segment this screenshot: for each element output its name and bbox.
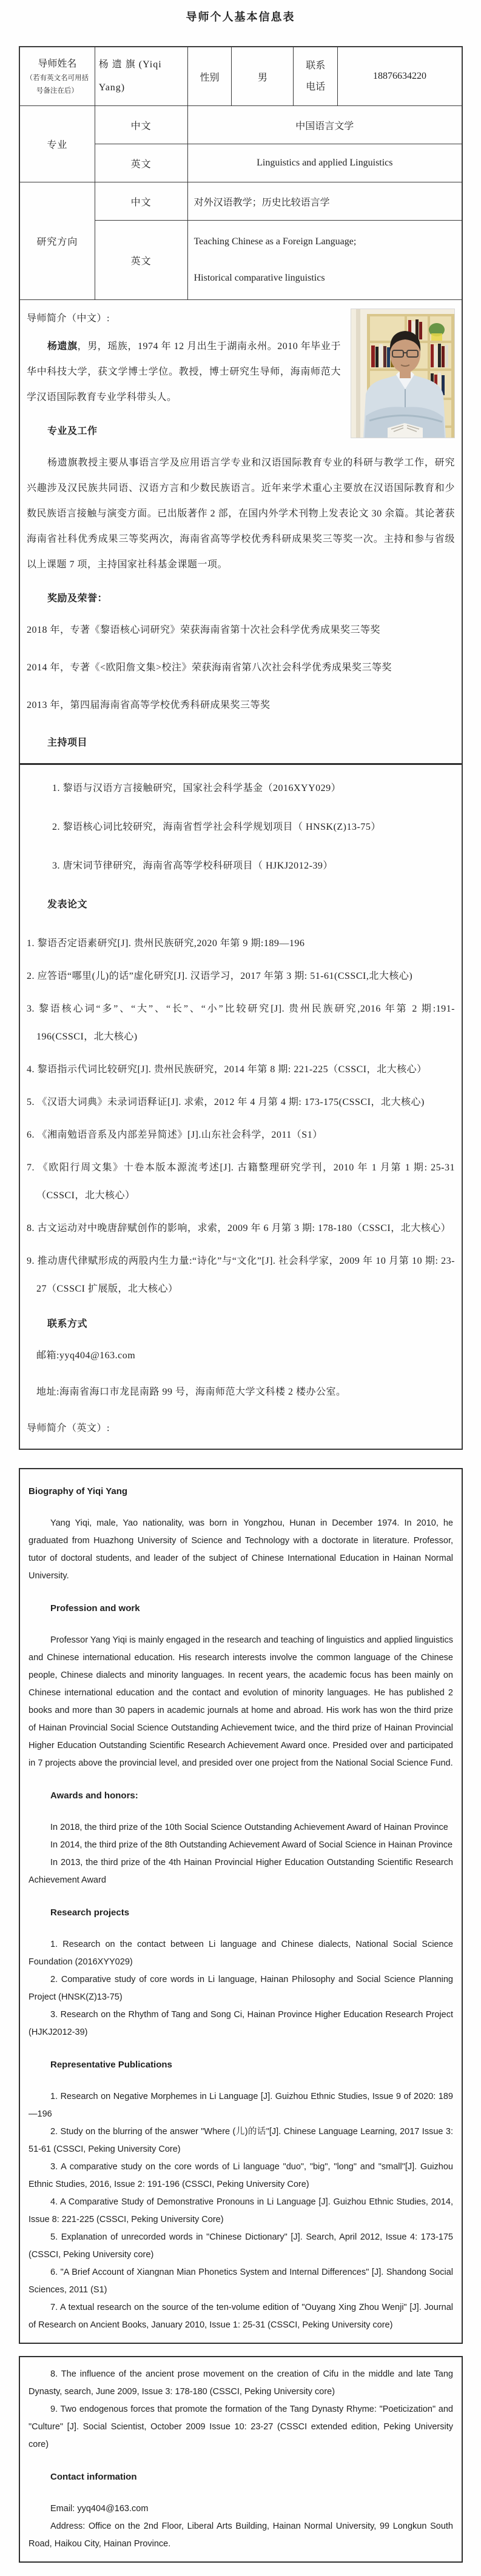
zh-pub-1: 1. 黎语否定语素研究[J]. 贵州民族研究,2020 年第 9 期:189—1… — [36, 930, 455, 958]
en-award-3: In 2013, the third prize of the 4th Hain… — [29, 1854, 453, 1889]
table-row-major: 专业 中文 中国语言文学 英文 Linguistics and applied … — [20, 106, 462, 182]
en-project-1: 1. Research on the contact between Li la… — [29, 1936, 453, 1971]
tutor-name-bold: 杨遗旗 — [47, 341, 78, 352]
zh-pub-6: 6. 《湘南勉语音系及内部差异简述》[J].山东社会科学，2011（S1） — [36, 1121, 455, 1149]
en-project-3: 3. Research on the Rhythm of Tang and So… — [29, 2006, 453, 2041]
zh-awards-heading: 奖励及荣誉： — [27, 586, 455, 612]
en-award-2: In 2014, the third prize of the 8th Outs… — [29, 1837, 453, 1854]
en-profession-text: Professor Yang Yiqi is mainly engaged in… — [29, 1632, 453, 1772]
en-pub-2: 2. Study on the blurring of the answer "… — [29, 2123, 453, 2158]
research-zh-value: 对外汉语教学；历史比较语言学 — [188, 182, 462, 220]
major-label: 专业 — [20, 106, 95, 182]
zh-bio-cell: 导师简介（中文）: 杨遗旗，男，瑶族，1974 年 12 月出生于湖南永州。20… — [20, 300, 462, 765]
zh-projects-pubs-cell: 1. 黎语与汉语方言接触研究，国家社会科学基金（2016XYY029） 2. 黎… — [20, 765, 462, 1449]
zh-pub-8: 8. 古文运动对中晚唐辞赋创作的影响，求索，2009 年 6 月第 3 期: 1… — [36, 1215, 455, 1243]
zh-pub-2: 2. 应答语“哪里(儿)的话”虚化研究[J]. 汉语学习，2017 年第 3 期… — [36, 963, 455, 990]
zh-projects-heading: 主持项目 — [27, 730, 455, 756]
name-note: （若有英文名可用括号备注在后） — [24, 72, 91, 97]
en-pub-5: 5. Explanation of unrecorded words in "C… — [29, 2229, 453, 2264]
zh-pub-9: 9. 推动唐代律赋形成的两股内生力量:“诗化”与“文化”[J]. 社会科学家，2… — [36, 1247, 455, 1303]
zh-email: 邮箱:yyq404@163.com — [27, 1343, 455, 1369]
zh-award-2: 2014 年，专著《<欧阳詹文集>校注》荣获海南省第八次社会科学优秀成果奖三等奖 — [27, 655, 455, 681]
en-awards-heading: Awards and honors: — [29, 1787, 453, 1804]
en-pub-4: 4. A Comparative Study of Demonstrative … — [29, 2194, 453, 2229]
en-pub-1: 1. Research on Negative Morphemes in Li … — [29, 2088, 453, 2123]
chinese-label-2: 中文 — [95, 182, 188, 220]
name-label-cell: 导师姓名 （若有英文名可用括号备注在后） — [20, 47, 95, 105]
major-en-value: Linguistics and applied Linguistics — [188, 144, 462, 182]
zh-address: 地址:海南省海口市龙昆南路 99 号，海南师范大学文科楼 2 楼办公室。 — [27, 1380, 455, 1405]
en-pub-7: 7. A textual research on the source of t… — [29, 2299, 453, 2334]
zh-pub-3: 3. 黎语核心词“多”、“大”、“长”、“小”比较研究[J]. 贵州民族研究,2… — [36, 995, 455, 1051]
basic-info-table: 导师姓名 （若有英文名可用括号备注在后） 杨 遗 旗 (Yiqi Yang) 性… — [19, 46, 463, 1450]
en-pub-8: 8. The influence of the ancient prose mo… — [29, 2366, 453, 2401]
en-profession-heading: Profession and work — [29, 1600, 453, 1617]
major-en-row: 英文 Linguistics and applied Linguistics — [95, 144, 462, 182]
table-row-research: 研究方向 中文 对外汉语教学；历史比较语言学 英文 Teaching Chine… — [20, 182, 462, 300]
phone-value: 18876634220 — [338, 47, 462, 105]
research-label: 研究方向 — [20, 182, 95, 299]
phone-label-line1: 联系 — [306, 55, 325, 76]
zh-project-2: 2. 黎语核心词比较研究，海南省哲学社会科学规划项目（ HNSK(Z)13-75… — [27, 815, 455, 840]
en-projects-heading: Research projects — [29, 1904, 453, 1921]
research-en-line2: Historical comparative linguistics — [194, 260, 325, 296]
en-project-2: 2. Comparative study of core words in Li… — [29, 1971, 453, 2006]
research-zh-row: 中文 对外汉语教学；历史比较语言学 — [95, 182, 462, 221]
tutor-photo — [351, 309, 455, 438]
form-page: 导师个人基本信息表 导师姓名 （若有英文名可用括号备注在后） 杨 遗 旗 (Yi… — [0, 0, 481, 2576]
research-en-row: 英文 Teaching Chinese as a Foreign Languag… — [95, 221, 462, 299]
research-en-line1: Teaching Chinese as a Foreign Language; — [194, 224, 357, 260]
en-contact-heading: Contact information — [29, 2468, 453, 2486]
en-email: Email: yyq404@163.com — [29, 2500, 453, 2518]
gender-label: 性别 — [188, 47, 232, 105]
name-value: 杨 遗 旗 (Yiqi Yang) — [95, 47, 188, 105]
page-gap-1 — [0, 1450, 481, 1468]
en-contact-box: 8. The influence of the ancient prose mo… — [19, 2356, 463, 2563]
table-row-name: 导师姓名 （若有英文名可用括号备注在后） 杨 遗 旗 (Yiqi Yang) 性… — [20, 47, 462, 106]
page-gap-2 — [0, 2344, 481, 2356]
en-bio-label: 导师简介（英文）: — [27, 1416, 455, 1441]
name-label: 导师姓名 — [38, 56, 76, 72]
major-zh-value: 中国语言文学 — [188, 106, 462, 144]
zh-contact-heading: 联系方式 — [27, 1312, 455, 1337]
zh-project-1: 1. 黎语与汉语方言接触研究，国家社会科学基金（2016XYY029） — [27, 776, 455, 801]
chinese-label: 中文 — [95, 106, 188, 144]
en-bio-box: Biography of Yiqi Yang Yang Yiqi, male, … — [19, 1468, 463, 2344]
zh-project-3: 3. 唐宋词节律研究，海南省高等学校科研项目（ HJKJ2012-39） — [27, 853, 455, 879]
zh-award-3: 2013 年，第四届海南省高等学校优秀科研成果奖三等奖 — [27, 693, 455, 718]
en-award-1: In 2018, the third prize of the 10th Soc… — [29, 1819, 453, 1837]
research-en-value: Teaching Chinese as a Foreign Language; … — [188, 221, 462, 299]
gender-value: 男 — [232, 47, 294, 105]
english-label: 英文 — [95, 144, 188, 182]
en-pub-6: 6. "A Brief Account of Xiangnan Mian Pho… — [29, 2264, 453, 2299]
en-bio-heading: Biography of Yiqi Yang — [29, 1483, 453, 1500]
phone-label: 联系 电话 — [294, 47, 338, 105]
en-publications-heading: Representative Publications — [29, 2056, 453, 2074]
en-pub-9: 9. Two endogenous forces that promote th… — [29, 2401, 453, 2454]
zh-pub-7: 7. 《欧阳行周文集》十卷本版本源流考述[J]. 古籍整理研究学刊，2010 年… — [36, 1154, 455, 1210]
zh-publications-heading: 发表论文 — [27, 892, 455, 918]
en-pub-3: 3. A comparative study on the core words… — [29, 2158, 453, 2194]
page-title: 导师个人基本信息表 — [0, 0, 481, 24]
zh-work-text: 杨遗旗教授主要从事语言学及应用语言学专业和汉语国际教育专业的科研与教学工作，研究… — [27, 450, 455, 578]
phone-label-line2: 电话 — [306, 76, 325, 98]
en-bio-intro: Yang Yiqi, male, Yao nationality, was bo… — [29, 1515, 453, 1585]
zh-pub-5: 5. 《汉语大词典》未录词语释证[J]. 求索，2012 年 4 月第 4 期:… — [36, 1089, 455, 1116]
en-address: Address: Office on the 2nd Floor, Libera… — [29, 2518, 453, 2553]
zh-award-1: 2018 年，专著《黎语核心词研究》荣获海南省第十次社会科学优秀成果奖三等奖 — [27, 618, 455, 643]
major-zh-row: 中文 中国语言文学 — [95, 106, 462, 144]
zh-pub-4: 4. 黎语指示代词比较研究[J]. 贵州民族研究，2014 年第 8 期: 22… — [36, 1056, 455, 1084]
english-label-2: 英文 — [95, 221, 188, 299]
